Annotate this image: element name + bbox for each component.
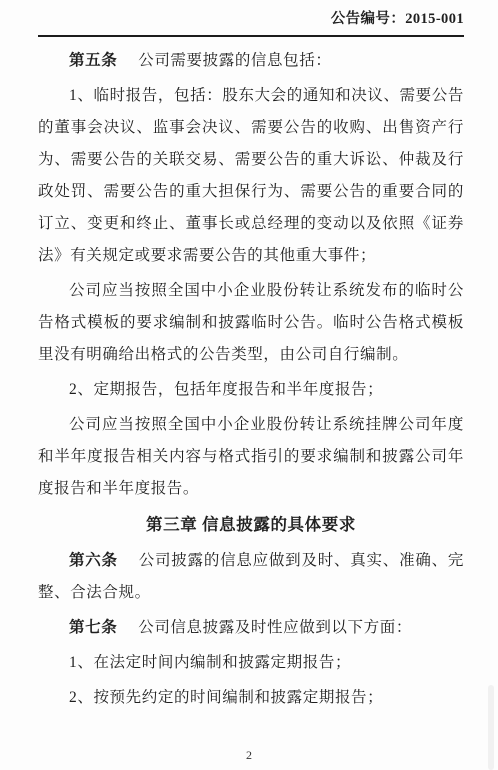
- article-paragraph: 第六条公司披露的信息应做到及时、真实、准确、完整、合法合规。: [38, 545, 464, 609]
- paragraph-text: 公司信息披露及时性应做到以下方面：: [138, 619, 412, 636]
- article-paragraph: 第七条公司信息披露及时性应做到以下方面：: [38, 612, 464, 644]
- paragraph-text: 2、按预先约定的时间编制和披露定期报告；: [69, 689, 383, 706]
- page-number: 2: [0, 748, 498, 763]
- paragraph-text: 公司应当按照全国中小企业股份转让系统挂牌公司年度和半年度报告相关内容与格式指引的…: [38, 416, 464, 497]
- article-number: 第五条: [69, 52, 117, 69]
- chapter-heading: 第三章 信息披露的具体要求: [38, 509, 464, 541]
- body-paragraph: 公司应当按照全国中小企业股份转让系统发布的临时公告格式模板的要求编制和披露临时公…: [38, 275, 464, 371]
- scan-artifact: [488, 685, 494, 770]
- document-page: 公告编号：2015-001 第五条公司需要披露的信息包括：1、临时报告，包括：股…: [0, 0, 498, 770]
- article-number: 第六条: [69, 552, 118, 569]
- body-paragraph: 2、定期报告，包括年度报告和半年度报告；: [38, 374, 464, 406]
- body-paragraph: 1、在法定时间内编制和披露定期报告；: [38, 647, 464, 679]
- body-paragraph: 公司应当按照全国中小企业股份转让系统挂牌公司年度和半年度报告相关内容与格式指引的…: [38, 409, 464, 505]
- paragraph-text: 公司需要披露的信息包括：: [138, 52, 331, 69]
- body-paragraph: 2、按预先约定的时间编制和披露定期报告；: [38, 682, 464, 714]
- article-paragraph: 第五条公司需要披露的信息包括：: [38, 45, 464, 77]
- paragraph-text: 1、临时报告，包括：股东大会的通知和决议、需要公告的董事会决议、监事会决议、需要…: [38, 87, 464, 264]
- paragraph-text: 1、在法定时间内编制和披露定期报告；: [69, 654, 351, 671]
- document-body: 第五条公司需要披露的信息包括：1、临时报告，包括：股东大会的通知和决议、需要公告…: [38, 37, 464, 714]
- article-number: 第七条: [69, 619, 117, 636]
- paragraph-text: 公司应当按照全国中小企业股份转让系统发布的临时公告格式模板的要求编制和披露临时公…: [38, 282, 464, 363]
- page-content: 公告编号：2015-001 第五条公司需要披露的信息包括：1、临时报告，包括：股…: [0, 0, 498, 714]
- announcement-number: 公告编号：2015-001: [38, 0, 464, 29]
- paragraph-text: 2、定期报告，包括年度报告和半年度报告；: [69, 381, 383, 398]
- paragraph-text: 第三章 信息披露的具体要求: [146, 515, 356, 534]
- body-paragraph: 1、临时报告，包括：股东大会的通知和决议、需要公告的董事会决议、监事会决议、需要…: [38, 80, 464, 272]
